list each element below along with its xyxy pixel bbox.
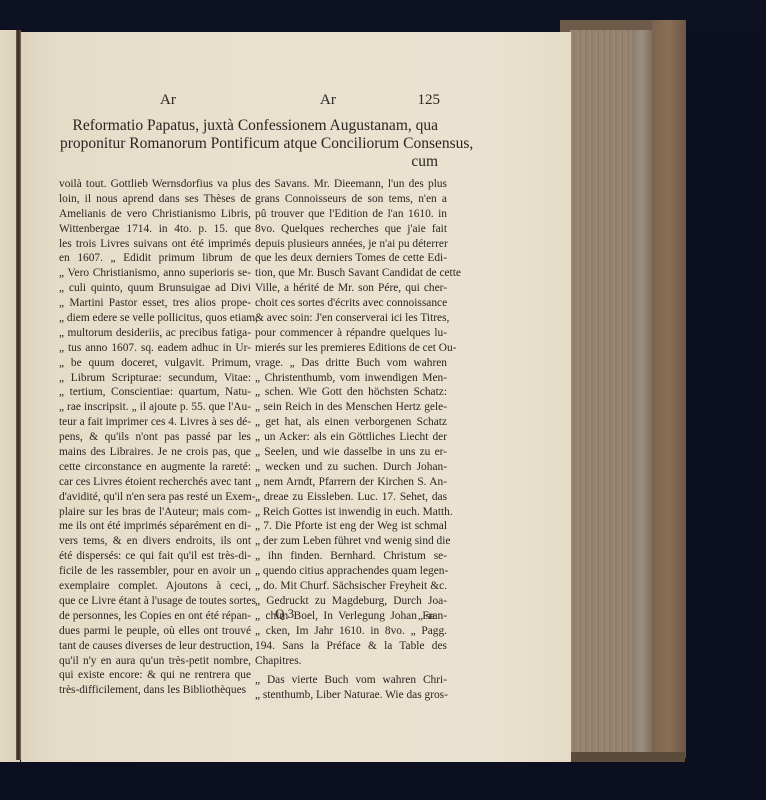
text-line: tion, que Mr. Busch Savant Candidat de c… [255, 266, 447, 281]
text-line: Chapitres. [255, 654, 447, 669]
text-line: des Savans. Mr. Dieemann, l'un des plus [255, 177, 447, 192]
text-line: „ stenthumb, Liber Naturae. Wie das gros… [255, 688, 447, 703]
left-column: voilà tout. Gottlieb Wernsdorfius va plu… [59, 177, 251, 698]
title-line: cum [60, 153, 438, 171]
text-line: „ get hat, als einen verborgenen Schatz [255, 415, 447, 430]
text-line: „ dreae zu Eissleben. Luc. 17. Sehet, da… [255, 490, 447, 505]
text-line: Amelianis de vero Christianismo Libris, [59, 207, 251, 222]
text-line: „ nem Arndt, Pfarrern der Kirchen S. An- [255, 475, 447, 490]
cover-board [652, 20, 686, 758]
text-line: „ cken, Im Jahr 1610. in 8vo. „ Pagg. [255, 624, 447, 639]
text-line: „ ihn finden. Bernhard. Christum se- [255, 549, 447, 564]
text-line: pû trouver que l'Edition de l'an 1610. i… [255, 207, 447, 222]
text-line: exemplaire complet. Ajoutons à ceci, [59, 579, 251, 594]
text-line: „ be quum doceret, vulgavit. Primum, [59, 356, 251, 371]
text-line: „ Martini Pastor esset, tres alios prope… [59, 296, 251, 311]
text-line: Ville, a hérité de Mr. son Pére, qui che… [255, 281, 447, 296]
text-line: de personnes, les Copies en ont été répa… [59, 609, 251, 624]
text-line: „ Reich Gottes ist inwendig in euch. Mat… [255, 505, 447, 520]
text-line: les trois Livres suivans ont été imprimé… [59, 237, 251, 252]
text-line: „ rae inscripsit. „ il ajoute p. 55. que… [59, 400, 251, 415]
text-line: grans Connoisseurs de son tems, n'en a [255, 192, 447, 207]
signature-mark: Q 3 [275, 606, 294, 622]
text-line: pour commencer à répandre quelques lu- [255, 326, 447, 341]
text-line: „ diem edere se velle pollicitus, quos e… [59, 311, 251, 326]
text-line: me ils ont été imprimés séparément en di… [59, 519, 251, 534]
text-line: „ quendo citius apprachendes quam legen- [255, 564, 447, 579]
text-line: „ multorum desideriis, ac precibus fatig… [59, 326, 251, 341]
text-line: „ wecken und zu suchen. Durch Johan- [255, 460, 447, 475]
text-line: „ tertium, Conscientiae: quartum, Natu- [59, 385, 251, 400]
cover-board-inner [632, 30, 652, 758]
page-block-fore-edge [570, 30, 632, 760]
text-line: qui existe encore: & qui ne rentrera que [59, 668, 251, 683]
text-line: „ do. Mit Churf. Sächsischer Freyheit &c… [255, 579, 447, 594]
text-line: loin, il nous aprend dans ses Thèses de [59, 192, 251, 207]
text-line: & avec soin: J'en conserverai ici les Ti… [255, 311, 447, 326]
text-line: voilà tout. Gottlieb Wernsdorfius va plu… [59, 177, 251, 192]
text-line: très-difficilement, dans les Bibliothèqu… [59, 683, 251, 698]
text-line: qu'il n'y en aura qu'un très-petit nombr… [59, 654, 251, 669]
running-head: Ar Ar 125 [160, 92, 440, 112]
running-head-left: Ar [160, 92, 176, 109]
text-line: cette circonstance en augmente la rareté… [59, 460, 251, 475]
text-line: plaire sur les bras de l'Auteur; mais co… [59, 505, 251, 520]
text-line: mierés sur les premieres Editions de cet… [255, 341, 447, 356]
text-line: pens, & qu'ils n'ont pas passé par les [59, 430, 251, 445]
text-line: „ Librum Scripturae: secundum, Vitae: [59, 371, 251, 386]
text-line: ficile de les rassembler, pour en avoir … [59, 564, 251, 579]
text-line: 8vo. Quelques recherches que j'aie fait [255, 222, 447, 237]
text-line: choit ces sortes d'écrits avec connoissa… [255, 296, 447, 311]
text-line: tant de causes diverses de leur destruct… [59, 639, 251, 654]
right-column: des Savans. Mr. Dieemann, l'un des plusg… [255, 177, 447, 703]
text-line: que ce Livre étant à l'usage de toutes s… [59, 594, 251, 609]
page-number: 125 [418, 92, 441, 109]
text-line: d'avidité, qu'il n'en sera pas resté un … [59, 490, 251, 505]
text-line: dues parmi le peuple, où elles ont trouv… [59, 624, 251, 639]
catchword: „ se [418, 610, 435, 622]
background-bottom [0, 762, 766, 800]
text-line: „ schen. Wie Gott den höchsten Schatz: [255, 385, 447, 400]
title-line: proponitur Romanorum Pontificum atque Co… [60, 135, 438, 153]
book-photo: Ar Ar 125 Reformatio Papatus, juxtà Conf… [0, 0, 766, 800]
cover-board-bottom [570, 752, 685, 762]
text-line: car ces Livres étoient recherchés avec t… [59, 475, 251, 490]
text-line: „ un Acker: als ein Göttliches Liecht de… [255, 430, 447, 445]
running-head-center: Ar [320, 92, 336, 109]
book-title: Reformatio Papatus, juxtà Confessionem A… [60, 117, 438, 171]
text-line: „ Vero Christianismo, anno superioris se… [59, 266, 251, 281]
text-line: que les deux derniers Tomes de cette Edi… [255, 251, 447, 266]
text-line: „ Christenthumb, vom inwendigen Men- [255, 371, 447, 386]
title-line: Reformatio Papatus, juxtà Confessionem A… [60, 117, 438, 135]
text-line: „ 7. Die Pforte ist eng der Weg ist schm… [255, 519, 447, 534]
text-line: 194. Sans la Préface & la Table des [255, 639, 447, 654]
text-line: „ der zum Leben führet vnd wenig sind di… [255, 534, 447, 549]
text-line: „ Das vierte Buch vom wahren Chri- [255, 673, 447, 688]
text-line: „ Seelen, und wie dasselbe in uns zu er- [255, 445, 447, 460]
text-line: „ culi quinto, quum Brunsuigae ad Divi [59, 281, 251, 296]
text-line: „ sein Reich in des Menschen Hertz gele- [255, 400, 447, 415]
text-line: „ tus anno 1607. sq. eadem adhuc in Ur- [59, 341, 251, 356]
text-line: Wittenbergae 1714. in 4to. p. 15. que [59, 222, 251, 237]
text-line: en 1607. „ Edidit primum librum de [59, 251, 251, 266]
text-line: vrage. „ Das dritte Buch vom wahren [255, 356, 447, 371]
text-line: mains des Libraires. Je ne crois pas, qu… [59, 445, 251, 460]
text-line: été dispersés: ce qui fait qu'il est trè… [59, 549, 251, 564]
text-line: teur a fait imprimer ces 4. Livres à ses… [59, 415, 251, 430]
text-line: vers tems, & en divers endroits, ils ont [59, 534, 251, 549]
text-line: depuis plusieurs années, je n'ai pu déte… [255, 237, 447, 252]
